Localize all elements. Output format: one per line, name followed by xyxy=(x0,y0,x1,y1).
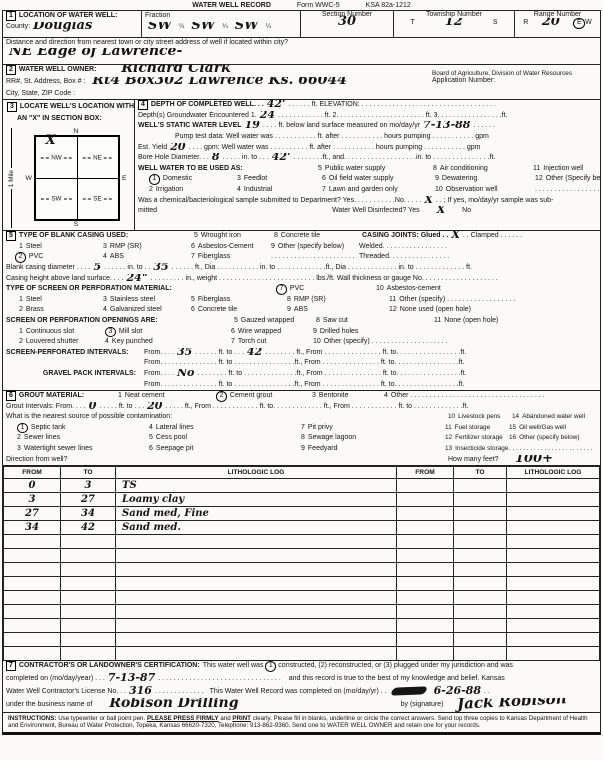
contamination-question: What is the nearest source of possible c… xyxy=(6,412,448,423)
grout-title-row: 6GROUT MATERIAL: 1Neat cement 2Cement gr… xyxy=(3,391,600,402)
section-2-title: WATER WELL OWNER: xyxy=(19,65,97,76)
litho-row: 03TS xyxy=(4,479,600,493)
litho-cell xyxy=(507,549,600,563)
quarter-glyph: ¼ xyxy=(266,22,271,33)
grout-to-value: 20 xyxy=(144,403,165,408)
constructed-selected: 1 xyxy=(265,661,276,672)
option-item: 3Feedlot xyxy=(237,174,322,185)
use-title-row: WELL WATER TO BE USED AS: 5Public water … xyxy=(135,164,600,175)
litho-from-header: FROM xyxy=(397,467,454,479)
litho-value: TS xyxy=(119,480,140,491)
option-item: 8Concrete tile xyxy=(274,231,362,242)
quadrant-ne: NE xyxy=(83,154,112,161)
mile-scale: 1 Mile xyxy=(5,128,18,228)
option-item: 8Sewage lagoon xyxy=(301,433,445,444)
compass-north: N xyxy=(18,128,134,135)
gravel-pack-line: GRAVEL PACK INTERVALS:From. . . .No. . .… xyxy=(3,369,600,380)
option-item: 10Livestock pens xyxy=(448,412,512,423)
welded-dots: Welded. . . . . . . . . . . . . . . . . xyxy=(359,242,597,253)
quarter-glyph: ¼ xyxy=(179,22,184,33)
section-owner: 2WATER WELL OWNER:Richard Clark RR#, St.… xyxy=(3,65,600,100)
contamination-question-row: What is the nearest source of possible c… xyxy=(3,412,600,423)
litho-cell xyxy=(507,563,600,577)
section-3-title-1: LOCATE WELL'S LOCATION WITH xyxy=(20,103,134,110)
record-completed-date: 6-26-88 xyxy=(431,688,484,693)
litho-value: 3 xyxy=(26,494,39,505)
option-item: 4Key punched xyxy=(105,337,231,348)
option-item: 9Dewatering xyxy=(435,174,535,185)
litho-cell: Loamy clay xyxy=(116,493,397,507)
option-item: 15Oil well/Gas well xyxy=(509,423,597,434)
litho-cell xyxy=(454,549,507,563)
depth-line: 4DEPTH OF COMPLETED WELL. . .42'. . . . … xyxy=(135,100,600,111)
option-item: 4Galvanized steel xyxy=(103,305,191,316)
litho-cell: Sand med, Fine xyxy=(116,507,397,521)
form-header: WATER WELL RECORD Form WWC-5 KSA 82a-121… xyxy=(0,0,603,10)
litho-cell xyxy=(116,619,397,633)
litho-cell xyxy=(454,521,507,535)
option-item: 9Feedyard xyxy=(301,444,445,455)
casing-height-value: 24" xyxy=(124,275,151,280)
option-item: 4Other . . . . . . . . . . . . . . . . .… xyxy=(384,391,597,402)
feet-value: 100+ xyxy=(512,456,556,461)
option-item: 5Gauzed wrapped xyxy=(234,316,316,327)
option-item: 5Cess pool xyxy=(149,433,301,444)
litho-table-body: 03TS327Loamy clay2734Sand med, Fine3442S… xyxy=(4,479,600,661)
litho-cell xyxy=(454,605,507,619)
option-item: 2Louvered shutter xyxy=(19,337,105,348)
fraction-cell: Fraction SW¼ SW¼ SW¼ xyxy=(141,11,300,37)
mile-line xyxy=(11,189,12,228)
agency-text: Board of Agriculture, Division of Water … xyxy=(432,70,600,77)
gravel-pack-value: No xyxy=(174,370,197,375)
litho-cell xyxy=(454,493,507,507)
litho-cell xyxy=(116,549,397,563)
option-item: 2Sewer lines xyxy=(17,433,149,444)
owner-left: 2WATER WELL OWNER:Richard Clark RR#, St.… xyxy=(3,65,432,99)
section-1-number: 1 xyxy=(6,11,16,21)
litho-cell xyxy=(507,521,600,535)
casing-row-1: 1Steel 3RMP (SR) 6Asbestos-Cement 9Other… xyxy=(3,242,600,253)
contamination-row-2: 2Sewer lines 5Cess pool 8Sewage lagoon 1… xyxy=(3,433,600,444)
litho-cell xyxy=(507,591,600,605)
litho-cell xyxy=(397,591,454,605)
instructions-label: INSTRUCTIONS: xyxy=(8,715,56,722)
litho-cell xyxy=(397,549,454,563)
option-item: 6Wire wrapped xyxy=(231,327,313,338)
litho-from-header: FROM xyxy=(4,467,61,479)
glued-x-mark: X xyxy=(448,231,463,241)
certification-line-1: 7 CONTRACTOR'S OR LANDOWNER'S CERTIFICAT… xyxy=(3,661,600,672)
section-box-diagram: 1 Mile N W NW NE SW xyxy=(5,128,134,228)
litho-row xyxy=(4,633,600,647)
scribbled-out-date xyxy=(390,686,428,695)
contamination-row-1: 1Septic tank 4Lateral lines 7Pit privy 1… xyxy=(3,423,600,434)
litho-value: Loamy clay xyxy=(119,494,187,505)
option-item: 9ABS xyxy=(287,305,389,316)
litho-cell xyxy=(397,577,454,591)
litho-cell xyxy=(116,577,397,591)
fraction-value-3: SW xyxy=(232,23,262,28)
litho-cell xyxy=(507,507,600,521)
option-domestic-selected: 1Domestic xyxy=(149,174,237,185)
bore-diameter-value: 8 xyxy=(209,154,223,159)
option-item: 11Other (specify) . . . . . . . . . . . … xyxy=(389,295,597,306)
compass-area: N W NW NE SW SE X xyxy=(18,128,134,228)
litho-cell xyxy=(4,535,61,549)
litho-cell xyxy=(507,535,600,549)
option-item: 8RMP (SR) xyxy=(287,295,389,306)
option-item: 2Brass xyxy=(19,305,103,316)
litho-cell xyxy=(4,577,61,591)
option-item: 7Torch cut xyxy=(231,337,313,348)
quarter-glyph: ¼ xyxy=(222,22,227,33)
casing-diameter-line: Blank casing diameter . . . .5. . . . . … xyxy=(3,263,600,274)
litho-cell xyxy=(116,535,397,549)
section-well-data: 4DEPTH OF COMPLETED WELL. . .42'. . . . … xyxy=(135,100,600,230)
section-certification: 7 CONTRACTOR'S OR LANDOWNER'S CERTIFICAT… xyxy=(3,661,600,732)
litho-value: 34 xyxy=(22,522,42,533)
sample-line: Was a chemical/bacteriological sample su… xyxy=(135,196,600,207)
litho-cell xyxy=(507,577,600,591)
form-number: Form WWC-5 xyxy=(297,2,340,9)
screen-row-2: 2Brass 4Galvanized steel 6Concrete tile … xyxy=(3,305,600,316)
certification-line-4: under the business name of Robison Drill… xyxy=(3,698,600,712)
option-item: 4Industrial xyxy=(237,185,322,196)
range-cell: Range Number R 20 EW xyxy=(514,11,600,37)
litho-cell xyxy=(61,647,116,661)
option-item: 5Wrought iron xyxy=(194,231,274,242)
other-contamination-dots: . . . . . . . . . . . . . . . . . . . . … xyxy=(509,444,597,455)
sample-no-x-mark: X xyxy=(421,197,436,202)
litho-cell: Sand med. xyxy=(116,521,397,535)
certification-line-2: completed on (mo/day/year) . . . 7-13-87… xyxy=(3,672,600,685)
fraction-value-2: SW xyxy=(188,23,218,28)
option-item: 6Oil field water supply xyxy=(322,174,435,185)
static-level-value: 19 xyxy=(242,122,263,127)
litho-row xyxy=(4,647,600,661)
section-1-title: LOCATION OF WATER WELL: xyxy=(19,11,118,22)
option-item: 12None used (open hole) xyxy=(389,305,597,316)
range-west: W xyxy=(585,19,592,26)
yield-line: Est. Yield20. . . . gpm: Well water was … xyxy=(135,143,600,154)
grout-from-value: 0 xyxy=(86,403,100,408)
completed-depth-value: 42' xyxy=(264,101,289,106)
litho-cell xyxy=(4,619,61,633)
litho-cell xyxy=(397,507,454,521)
litho-row xyxy=(4,577,600,591)
litho-cell xyxy=(61,549,116,563)
range-r: R xyxy=(523,18,528,29)
business-name-value: Robison Drilling xyxy=(106,701,241,706)
address-label: RR#, St. Address, Box # : xyxy=(6,77,85,88)
section-box: NW NE SW SE X xyxy=(34,135,120,221)
screen-material-title-row: TYPE OF SCREEN OR PERFORATION MATERIAL: … xyxy=(3,284,600,295)
screen-interval-from: 35 xyxy=(174,349,195,354)
litho-cell xyxy=(4,647,61,661)
litho-cell xyxy=(397,633,454,647)
litho-cell: 42 xyxy=(61,521,116,535)
litho-cell xyxy=(397,619,454,633)
bore-hole-line: Bore Hole Diameter. . .8. . . . . in. to… xyxy=(135,153,600,164)
township-value: 12 xyxy=(442,19,466,24)
option-screen-pvc-selected: 7PVC xyxy=(276,284,376,295)
litho-value: 34 xyxy=(78,508,98,519)
litho-cell xyxy=(116,605,397,619)
screen-intervals-blank: From. . . . . . . . . . . . . . . ft. to… xyxy=(3,358,600,369)
county-label: County: xyxy=(6,22,30,33)
litho-cell xyxy=(397,647,454,661)
casing-depth-value: 35 xyxy=(150,264,171,269)
option-item: 7Pit privy xyxy=(301,423,445,434)
litho-cell xyxy=(397,521,454,535)
litho-cell xyxy=(61,535,116,549)
litho-cell xyxy=(61,591,116,605)
litho-header-row: FROM TO LITHOLOGIC LOG FROM TO LITHOLOGI… xyxy=(4,467,600,479)
litho-log-header: LITHOLOGIC LOG xyxy=(116,467,397,479)
litho-cell xyxy=(4,605,61,619)
litho-cell xyxy=(61,563,116,577)
litho-cell xyxy=(116,633,397,647)
screen-interval-to: 42 xyxy=(244,349,265,354)
option-item: 4ABS xyxy=(103,252,191,263)
distance-question: Distance and direction from nearest town… xyxy=(6,38,288,49)
litho-cell xyxy=(397,605,454,619)
certification-title: CONTRACTOR'S OR LANDOWNER'S CERTIFICATIO… xyxy=(19,661,200,672)
county-value: Douglas xyxy=(30,23,95,28)
casing-title-row: 5TYPE OF BLANK CASING USED: 5Wrought iro… xyxy=(3,231,600,242)
option-item: 10Asbestos-cement xyxy=(376,284,597,295)
option-item: 9Other (specify below) xyxy=(271,242,359,253)
screen-intervals-line: SCREEN-PERFORATED INTERVALS:From. . . .3… xyxy=(3,348,600,359)
litho-value: 42 xyxy=(78,522,98,533)
option-item: 10Other (specify) . . . . . . . . . . . … xyxy=(313,337,597,348)
section-3-4-row: 3LOCATE WELL'S LOCATION WITH AN "X" IN S… xyxy=(3,100,600,231)
direction-question: Direction from well? xyxy=(6,455,448,466)
option-item: 2Irrigation xyxy=(149,185,237,196)
groundwater-line: Depth(s) Groundwater Encountered 1.24. .… xyxy=(135,111,600,122)
option-item: 11Injection well xyxy=(533,164,597,175)
litho-cell xyxy=(4,549,61,563)
section-grout: 6GROUT MATERIAL: 1Neat cement 2Cement gr… xyxy=(3,391,600,466)
location-row: 1LOCATION OF WATER WELL: County:Douglas … xyxy=(3,11,600,37)
section-5-number: 5 xyxy=(6,231,16,241)
litho-row: 327Loamy clay xyxy=(4,493,600,507)
section-3-title-2: AN "X" IN SECTION BOX: xyxy=(5,113,134,124)
certification-line-3: Water Well Contractor's License No. . . … xyxy=(3,685,600,698)
disinfected-line: mittedWater Well Disinfected? YesXNo xyxy=(135,206,600,217)
threaded-dots: Threaded. . . . . . . . . . . . . . . . xyxy=(359,252,597,263)
litho-value: 27 xyxy=(22,508,42,519)
signature-value: Jack Robison xyxy=(457,698,567,707)
option-item: 5Fiberglass xyxy=(191,295,287,306)
litho-row: 3442Sand med. xyxy=(4,521,600,535)
litho-cell xyxy=(116,563,397,577)
section-number-cell: Section Number 30 xyxy=(300,11,393,37)
litho-row xyxy=(4,535,600,549)
casing-diameter-value: 5 xyxy=(90,264,104,269)
option-item: 9Drilled holes xyxy=(313,327,597,338)
option-item: 14Abandoned water well xyxy=(512,412,597,423)
fraction-label: Fraction xyxy=(145,11,170,22)
option-item: 8Saw cut xyxy=(316,316,434,327)
litho-cell xyxy=(454,535,507,549)
address-value: Rt4 Box302 Lawrence Ks. 66044 xyxy=(89,78,350,83)
option-item: 6Asbestos-Cement xyxy=(191,242,271,253)
litho-to-header: TO xyxy=(61,467,116,479)
option-item: 3RMP (SR) xyxy=(103,242,191,253)
option-item: 4Lateral lines xyxy=(149,423,301,434)
estimated-yield-value: 20 xyxy=(167,144,188,149)
grout-title: GROUT MATERIAL: xyxy=(19,392,84,399)
option-item: 3Bentonite xyxy=(312,391,384,402)
litho-cell xyxy=(507,493,600,507)
township-cell: Township Number T 12 S xyxy=(393,11,514,37)
litho-cell: 3 xyxy=(4,493,61,507)
county-cell: 1LOCATION OF WATER WELL: County:Douglas xyxy=(3,11,141,37)
well-completed-date: 7-13-87 xyxy=(105,675,158,680)
option-item: 1Steel xyxy=(19,295,103,306)
casing-row-2: 2PVC 4ABS 7Fiberglass . . . . . . . . . … xyxy=(3,252,600,263)
casing-height-line: Casing height above land surface. . . .2… xyxy=(3,274,600,285)
option-septic-tank-selected: 1Septic tank xyxy=(17,423,149,434)
range-label: Range Number xyxy=(515,11,600,18)
litho-cell xyxy=(454,591,507,605)
litho-row: 2734Sand med, Fine xyxy=(4,507,600,521)
openings-row-1: 1Continuous slot 3Mill slot 6Wire wrappe… xyxy=(3,327,600,338)
litho-cell xyxy=(507,633,600,647)
use-row-1: 1Domestic 3Feedlot 6Oil field water supp… xyxy=(135,174,600,185)
openings-title: SCREEN OR PERFORATION OPENINGS ARE: xyxy=(6,316,234,327)
instructions-block: INSTRUCTIONS: Use typewriter or ball poi… xyxy=(3,712,600,732)
litho-cell xyxy=(454,507,507,521)
option-item: 5Public water supply xyxy=(318,164,433,175)
litho-cell xyxy=(397,535,454,549)
contractor-license-value: 316 xyxy=(126,688,155,693)
other-casing-dots: . . . . . . . . . . . . . . . . . . . . … xyxy=(271,252,359,263)
form-body: 1LOCATION OF WATER WELL: County:Douglas … xyxy=(2,10,601,735)
mile-line xyxy=(11,128,12,167)
feet-question: How many feet? xyxy=(448,455,512,466)
fraction-value-1: SW xyxy=(145,23,175,28)
section-4-number: 4 xyxy=(138,100,148,110)
screen-row-1: 1Steel 3Stainless steel 5Fiberglass 8RMP… xyxy=(3,295,600,306)
compass-east: E xyxy=(122,175,127,182)
litho-cell: 34 xyxy=(4,521,61,535)
distance-direction-value: NE Edge of Lawrence- xyxy=(6,49,185,54)
compass-west: W xyxy=(26,175,32,182)
litho-cell xyxy=(507,647,600,661)
casing-title: TYPE OF BLANK CASING USED: xyxy=(19,232,128,239)
litho-cell xyxy=(4,591,61,605)
other-use-dots: . . . . . . . . . . . . . . . . . . . . … xyxy=(535,185,600,196)
section-locate-box: 3LOCATE WELL'S LOCATION WITH AN "X" IN S… xyxy=(3,100,135,230)
option-item: 3Watertight sewer lines xyxy=(17,444,149,455)
option-cement-grout-selected: 2Cement grout xyxy=(216,391,312,402)
disinfected-yes-x-mark: X xyxy=(434,207,449,212)
openings-title-row: SCREEN OR PERFORATION OPENINGS ARE: 5Gau… xyxy=(3,316,600,327)
static-level-line: WELL'S STATIC WATER LEVEL19. . . . ft. b… xyxy=(135,121,600,132)
range-east-circled: E xyxy=(573,18,585,29)
litho-cell: TS xyxy=(116,479,397,493)
option-item: 13Insecticide storage xyxy=(445,444,509,455)
water-well-record-form: WATER WELL RECORD Form WWC-5 KSA 82a-121… xyxy=(0,0,603,760)
bore-depth-value: 42' xyxy=(269,154,294,159)
litho-cell xyxy=(507,605,600,619)
litho-cell xyxy=(397,563,454,577)
litho-cell xyxy=(454,577,507,591)
casing-joints-line: CASING JOINTS: Glued . .X. . Clamped . .… xyxy=(362,231,597,242)
litho-cell xyxy=(507,479,600,493)
litho-value: 0 xyxy=(26,480,39,491)
range-ew: EW xyxy=(573,18,591,29)
pump-test-line: Pump test data: Well water was . . . . .… xyxy=(135,132,600,143)
contamination-row-3: 3Watertight sewer lines 6Seepage pit 9Fe… xyxy=(3,444,600,455)
option-item: 1Neat cement xyxy=(118,391,216,402)
litho-cell xyxy=(507,619,600,633)
litho-value: Sand med, Fine xyxy=(119,508,212,519)
form-statute: KSA 82a-1212 xyxy=(366,2,411,9)
litho-cell xyxy=(397,479,454,493)
option-item: 3Stainless steel xyxy=(103,295,191,306)
option-item: 8Air conditioning xyxy=(433,164,533,175)
distance-row: Distance and direction from nearest town… xyxy=(3,37,600,65)
section-casing: 5TYPE OF BLANK CASING USED: 5Wrought iro… xyxy=(3,231,600,391)
litho-cell xyxy=(397,493,454,507)
litho-row xyxy=(4,619,600,633)
litho-cell xyxy=(454,479,507,493)
litho-cell: 3 xyxy=(61,479,116,493)
openings-row-2: 2Louvered shutter 4Key punched 7Torch cu… xyxy=(3,337,600,348)
litho-to-header: TO xyxy=(454,467,507,479)
litho-value: 3 xyxy=(82,480,95,491)
quadrant-se: SE xyxy=(83,195,111,202)
well-location-x-mark: X xyxy=(42,138,58,217)
option-item: 16Other (specify below) xyxy=(509,433,597,444)
quarter-line-vertical xyxy=(77,137,78,219)
litho-row xyxy=(4,549,600,563)
litho-row xyxy=(4,563,600,577)
litho-cell: 27 xyxy=(61,493,116,507)
section-2-number: 2 xyxy=(6,65,16,75)
litho-cell xyxy=(116,647,397,661)
option-item: 12Fertilizer storage xyxy=(445,433,509,444)
option-item: 1Continuous slot xyxy=(19,327,105,338)
option-item: 7Fiberglass xyxy=(191,252,271,263)
litho-cell xyxy=(61,619,116,633)
use-row-2: 2Irrigation 4Industrial 7Lawn and garden… xyxy=(135,185,600,196)
section-number-value: 30 xyxy=(335,14,359,29)
litho-cell: 34 xyxy=(61,507,116,521)
litho-cell: 0 xyxy=(4,479,61,493)
litho-value: Sand med. xyxy=(119,522,184,533)
litho-cell xyxy=(61,577,116,591)
litho-log-header: LITHOLOGIC LOG xyxy=(507,467,600,479)
mile-label: 1 Mile xyxy=(8,168,15,189)
direction-feet-row: Direction from well? How many feet? 100+ xyxy=(3,455,600,466)
section-3-number: 3 xyxy=(7,102,17,112)
litho-cell xyxy=(454,633,507,647)
lithologic-log-table: FROM TO LITHOLOGIC LOG FROM TO LITHOLOGI… xyxy=(3,466,600,661)
owner-right: Board of Agriculture, Division of Water … xyxy=(432,65,600,99)
groundwater-depth-value: 24 xyxy=(257,112,278,117)
township-s: S xyxy=(493,18,498,29)
city-state-zip-label: City, State, ZIP Code : xyxy=(6,89,75,99)
litho-cell xyxy=(4,633,61,647)
litho-cell xyxy=(116,591,397,605)
range-value: 20 xyxy=(539,19,563,24)
application-number-label: Application Number: xyxy=(432,77,600,84)
